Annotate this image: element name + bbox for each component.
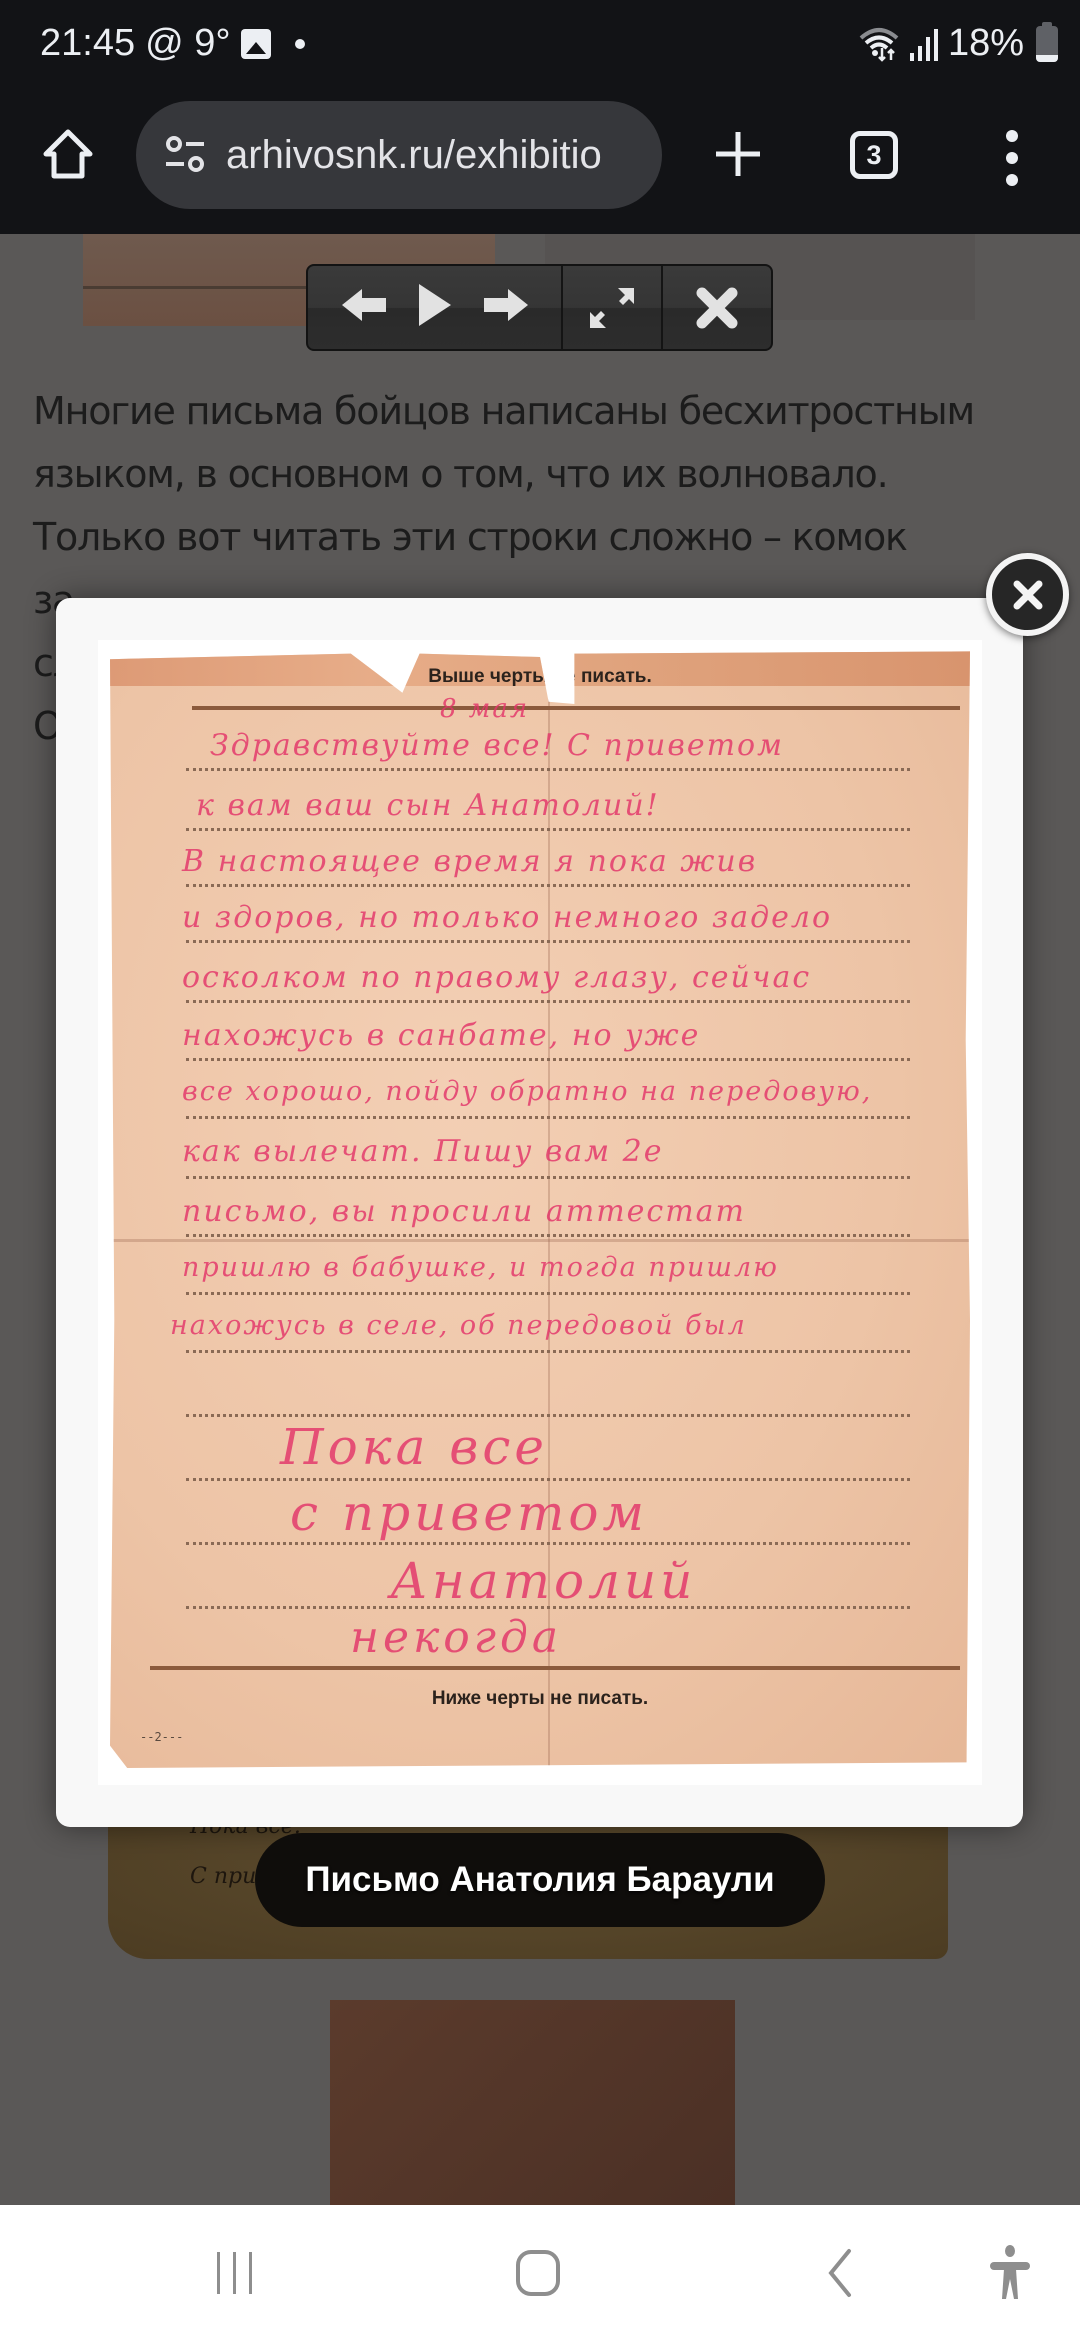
recent-apps-button[interactable] — [205, 2245, 265, 2301]
plus-icon — [710, 126, 766, 182]
handwritten-signature: Анатолий — [390, 1552, 696, 1610]
letter-paper: Выше черты не писать. 8 мая Здравствуйте… — [110, 648, 970, 1768]
next-button[interactable] — [480, 285, 530, 330]
gallery-icon — [241, 29, 271, 59]
status-time: 21:45 — [40, 22, 135, 65]
home-icon — [40, 126, 96, 182]
lightbox: Выше черты не писать. 8 мая Здравствуйте… — [56, 598, 1023, 1827]
handwritten-closing: с приветом — [290, 1484, 648, 1542]
back-button[interactable] — [815, 2245, 865, 2301]
battery-icon — [1036, 26, 1058, 62]
article-line: языком, в основном о том, что их волнова… — [33, 443, 1073, 506]
tab-switcher-button[interactable]: 3 — [850, 131, 898, 179]
handwritten-line: нахожусь в селе, об передовой был — [170, 1310, 747, 1341]
signal-icon — [910, 27, 938, 61]
accessibility-icon — [988, 2245, 1032, 2301]
handwritten-line: нахожусь в санбате, но уже — [182, 1018, 700, 1053]
wifi-icon — [858, 26, 900, 62]
notification-dot-icon — [295, 39, 305, 49]
recent-apps-icon — [213, 2250, 257, 2296]
handwritten-line: осколком по правому глазу, сейчас — [182, 960, 811, 995]
handwritten-date: 8 мая — [440, 694, 529, 724]
accessibility-button[interactable] — [985, 2245, 1035, 2301]
handwritten-closing: Пока все — [280, 1418, 548, 1476]
handwritten-line: письмо, вы просили аттестат — [182, 1194, 746, 1229]
status-weather: @ 9° — [145, 22, 230, 65]
browser-chrome: 21:45 @ 9° 18% — [0, 0, 1080, 234]
letter-image: Выше черты не писать. 8 мая Здравствуйте… — [98, 640, 982, 1785]
new-tab-button[interactable] — [710, 126, 766, 182]
lightbox-close-button[interactable] — [986, 553, 1069, 636]
tab-count: 3 — [866, 140, 881, 171]
lightbox-caption: Письмо Анатолия Бараули — [255, 1833, 825, 1927]
close-icon — [696, 287, 738, 329]
printed-header: Выше черты не писать. — [110, 666, 970, 688]
home-nav-icon — [515, 2249, 561, 2297]
play-icon — [417, 282, 453, 328]
previous-button[interactable] — [340, 285, 390, 330]
handwritten-line: к вам ваш сын Анатолий! — [196, 788, 660, 823]
article-line: Только вот читать эти строки сложно – ко… — [33, 506, 1073, 569]
handwritten-line: В настоящее время я пока жив — [182, 844, 757, 879]
url-text[interactable]: arhivosnk.ru/exhibitio — [226, 133, 646, 178]
printed-footer: Ниже черты не писать. — [110, 1688, 970, 1710]
play-button[interactable] — [417, 282, 453, 333]
home-nav-button[interactable] — [508, 2245, 568, 2301]
close-icon — [1010, 577, 1046, 613]
status-bar-right: 18% — [858, 22, 1058, 65]
tune-icon[interactable] — [162, 132, 208, 178]
slideshow-toolbar — [306, 264, 773, 351]
home-button[interactable] — [40, 126, 96, 182]
fullscreen-button[interactable] — [563, 266, 663, 349]
fullscreen-icon — [588, 286, 636, 330]
article-line: Многие письма бойцов написаны бесхитрост… — [33, 380, 1073, 443]
slideshow-close-button[interactable] — [663, 266, 771, 349]
back-icon — [825, 2248, 855, 2298]
status-bar-left: 21:45 @ 9° — [40, 22, 305, 65]
system-navigation-bar — [0, 2205, 1080, 2340]
address-bar[interactable]: arhivosnk.ru/exhibitio — [136, 101, 662, 209]
battery-percent: 18% — [948, 22, 1024, 65]
more-vert-icon[interactable] — [1000, 130, 1024, 186]
handwritten-line: и здоров, но только немного задело — [182, 900, 832, 935]
handwritten-line: пришлю в бабушке, и тогда пришлю — [182, 1252, 779, 1283]
handwritten-line: Здравствуйте все! С приветом — [210, 728, 784, 763]
handwritten-closing: некогда — [350, 1612, 562, 1663]
corner-mark: --2--- — [140, 1730, 183, 1744]
arrow-right-icon — [480, 285, 530, 325]
letter-thumbnail[interactable] — [330, 2000, 735, 2205]
handwritten-line: все хорошо, пойду обратно на передовую, — [182, 1076, 872, 1107]
handwritten-line: как вылечат. Пишу вам 2е — [182, 1134, 664, 1169]
arrow-left-icon — [340, 285, 390, 325]
